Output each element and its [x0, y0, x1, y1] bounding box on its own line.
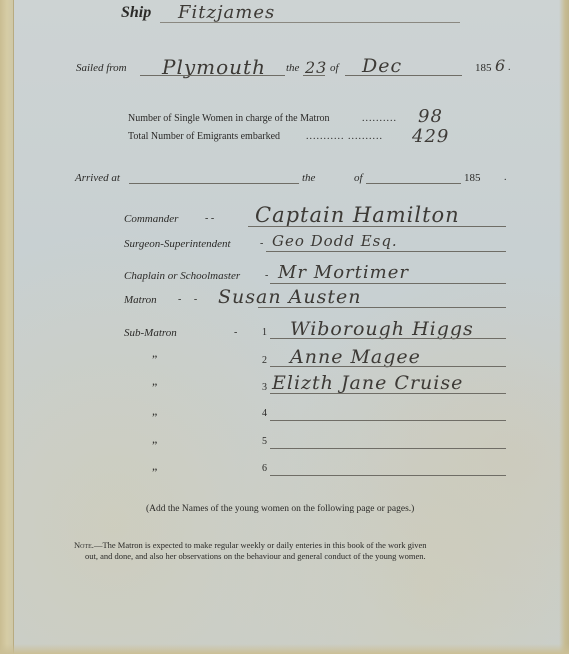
sub-matron-rule-6[interactable]: [270, 475, 506, 476]
sub-matron-num-3: 3: [262, 382, 267, 393]
page-bottom-edge: [0, 644, 569, 654]
total-emigrants-value: 429: [412, 126, 449, 147]
ditto-mark-6: ”: [152, 465, 157, 480]
sailed-day-rule: [303, 75, 325, 76]
commander-name: Captain Hamilton: [255, 203, 460, 227]
sub-matron-rule-3: [270, 393, 506, 394]
arrived-end: .: [504, 172, 507, 183]
chaplain-rule: [270, 283, 506, 284]
binding-spine: [0, 0, 14, 654]
total-emigrants-label: Total Number of Emigrants embarked: [128, 131, 280, 142]
sailed-month: Dec: [362, 55, 402, 77]
note-line-2: out, and done, and also her observations…: [85, 551, 426, 562]
matron-rule: [258, 307, 506, 308]
arrived-month-rule: [366, 183, 461, 184]
ditto-mark-3: ”: [152, 380, 157, 395]
sailed-year-suffix: 6: [495, 56, 506, 75]
sub-matron-rule-1: [270, 338, 506, 339]
note-label: Note.: [74, 540, 94, 550]
single-women-value: 98: [418, 106, 443, 127]
commander-rule: [248, 226, 506, 227]
sailed-end: .: [508, 62, 511, 73]
sailed-of-label: of: [330, 62, 339, 74]
instruction-text: (Add the Names of the young women on the…: [146, 504, 414, 514]
ditto-mark-5: ”: [152, 438, 157, 453]
surgeon-name: Geo Dodd Esq.: [272, 232, 398, 250]
total-emigrants-dots: ........... ..........: [306, 131, 383, 142]
page-right-edge: [559, 0, 569, 654]
ship-label: Ship: [121, 4, 151, 22]
ditto-mark-4: ”: [152, 410, 157, 425]
commander-dash: - -: [205, 213, 214, 224]
sub-matron-name-2: Anne Magee: [290, 346, 421, 368]
surgeon-label: Surgeon-Superintendent: [124, 238, 231, 250]
sub-matron-num-6: 6: [262, 463, 267, 474]
arrived-at-label: Arrived at: [75, 172, 120, 184]
commander-label: Commander: [124, 213, 178, 225]
matron-label: Matron: [124, 294, 157, 306]
sub-matron-name-3: Elizth Jane Cruise: [272, 372, 463, 394]
sailed-month-rule: [345, 75, 462, 76]
sub-matron-rule-2: [270, 366, 506, 367]
sub-matron-name-1: Wiborough Higgs: [290, 318, 474, 340]
chaplain-dash: -: [265, 270, 268, 281]
single-women-dots: ..........: [362, 113, 397, 124]
sailed-from-label: Sailed from: [76, 62, 127, 74]
surgeon-dash: -: [260, 238, 263, 249]
ditto-mark-2: ”: [152, 352, 157, 367]
sub-matron-num-1: 1: [262, 327, 267, 338]
sub-matron-rule-4[interactable]: [270, 420, 506, 421]
matron-dash: - -: [178, 294, 197, 305]
sailed-year-prefix: 185: [475, 62, 492, 74]
note-text-1: —The Matron is expected to make regular …: [94, 540, 427, 550]
note-line-1: Note.—The Matron is expected to make reg…: [74, 540, 427, 551]
chaplain-label: Chaplain or Schoolmaster: [124, 270, 240, 282]
sub-matron-dash: -: [234, 327, 237, 338]
document-page: Ship Fitzjames Sailed from Plymouth the …: [0, 0, 569, 654]
arrived-of-label: of: [354, 172, 363, 184]
sailed-port-rule: [140, 75, 285, 76]
ship-name: Fitzjames: [178, 2, 275, 23]
single-women-label: Number of Single Women in charge of the …: [128, 113, 330, 124]
ship-rule: [160, 22, 460, 23]
sailed-the-label: the: [286, 62, 299, 74]
arrived-year-prefix: 185: [464, 172, 481, 184]
sub-matron-num-5: 5: [262, 436, 267, 447]
matron-name: Susan Austen: [218, 286, 361, 308]
sub-matron-num-4: 4: [262, 408, 267, 419]
sub-matron-num-2: 2: [262, 355, 267, 366]
sub-matron-rule-5[interactable]: [270, 448, 506, 449]
surgeon-rule: [266, 251, 506, 252]
chaplain-name: Mr Mortimer: [278, 262, 409, 283]
sub-matron-label: Sub-Matron: [124, 327, 177, 339]
binding-edge: [13, 0, 14, 654]
arrived-the-label: the: [302, 172, 315, 184]
arrived-port-rule: [129, 183, 299, 184]
